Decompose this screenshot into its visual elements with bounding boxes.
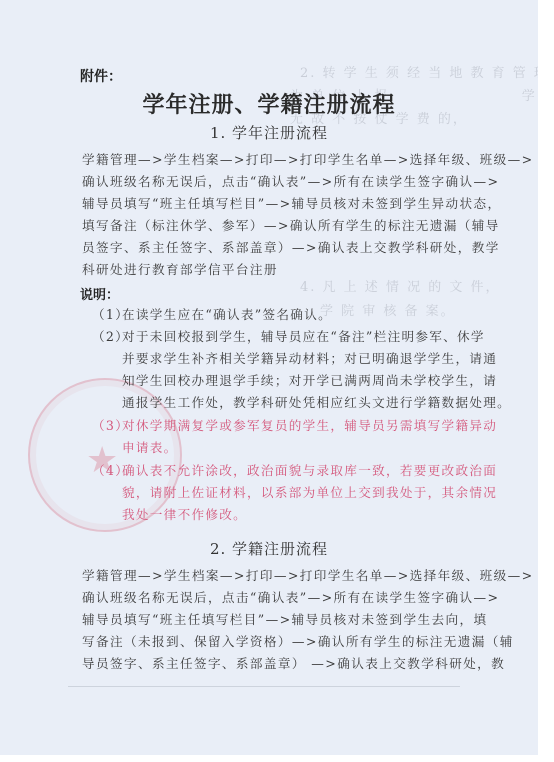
note-item-1: （1） 在读学生应在“确认表”签名确认。 <box>92 304 522 326</box>
bleed-through-text: 2. 转 学 生 须 经 当 地 教 育 管 理 部 门 <box>300 62 538 81</box>
note-item-2: （2） 对于未回校报到学生，辅导员应在“备注”栏注明参军、休学 并要求学生补齐相… <box>92 326 522 414</box>
section1-body: 学籍管理—>学生档案—>打印—>打印学生名单—>选择年级、班级—> 确认班级名称… <box>82 149 522 281</box>
note-number: （3） <box>92 415 129 437</box>
note-item-4: （4） 确认表不允许涂改，政治面貌与录取库一致，若要更改政治面 貌，请附上佐证材… <box>92 460 522 526</box>
note-item-3: （3） 对休学期满复学或参军复员的学生，辅导员另需填写学籍异动 申请表。 <box>92 415 522 459</box>
document-title: 学年注册、学籍注册流程 <box>0 88 538 119</box>
section1-line: 填写备注（标注休学、参军）—>确认所有学生的标注无遗漏（辅导 <box>82 215 522 237</box>
note-line: 我处一律不作修改。 <box>92 504 522 526</box>
note-line: 并要求学生补齐相关学籍异动材料；对已明确退学学生，请通 <box>92 348 522 370</box>
section2-line: 导员签字、系主任签字、系部盖章） —>确认表上交教学科研处，教 <box>82 653 522 675</box>
document-page: 2. 转 学 生 须 经 当 地 教 育 管 理 部 门 为 单 位 上 报 学… <box>0 0 538 755</box>
notes-label: 说明： <box>80 284 119 303</box>
note-line: 对休学期满复学或参军复员的学生，辅导员另需填写学籍异动 <box>92 415 522 437</box>
section1-line: 辅导员填写“班主任填写栏目”—>辅导员核对未签到学生异动状态， <box>82 193 522 215</box>
section1-line: 确认班级名称无误后，点击“确认表”—>所有在读学生签字确认—> <box>82 171 522 193</box>
section2-body: 学籍管理—>学生档案—>打印—>打印学生名单—>选择年级、班级—> 确认班级名称… <box>82 565 522 675</box>
section2-line: 辅导员填写“班主任填写栏目”—>辅导员核对未签到学生去向，填 <box>82 609 522 631</box>
note-line: 在读学生应在“确认表”签名确认。 <box>92 304 522 326</box>
note-line: 知学生回校办理退学手续；对开学已满两周尚未学校学生，请 <box>92 370 522 392</box>
note-number: （1） <box>92 304 129 326</box>
section1-line: 学籍管理—>学生档案—>打印—>打印学生名单—>选择年级、班级—> <box>82 149 522 171</box>
section1-heading: 1. 学年注册流程 <box>0 122 538 143</box>
section1-line: 员签字、系主任签字、系部盖章）—>确认表上交教学科研处，教学 <box>82 237 522 259</box>
section1-line: 科研处进行教育部学信平台注册 <box>82 259 522 281</box>
section2-line: 写备注（未报到、保留入学资格）—>确认所有学生的标注无遗漏（辅 <box>82 631 522 653</box>
section2-line: 学籍管理—>学生档案—>打印—>打印学生名单—>选择年级、班级—> <box>82 565 522 587</box>
note-line: 貌，请附上佐证材料，以系部为单位上交到我处于，其余情况 <box>92 482 522 504</box>
note-line: 申请表。 <box>92 437 522 459</box>
note-line: 通报学生工作处，教学科研处凭相应红头文进行学籍数据处理。 <box>92 392 522 414</box>
section2-line: 确认班级名称无误后，点击“确认表”—>所有在读学生签字确认—> <box>82 587 522 609</box>
note-line: 确认表不允许涂改，政治面貌与录取库一致，若要更改政治面 <box>92 460 522 482</box>
scan-line-divider <box>68 686 460 687</box>
note-number: （4） <box>92 460 129 482</box>
section2-heading: 2. 学籍注册流程 <box>0 538 538 559</box>
attachment-label: 附件： <box>80 66 122 86</box>
note-line: 对于未回校报到学生，辅导员应在“备注”栏注明参军、休学 <box>92 326 522 348</box>
note-number: （2） <box>92 326 129 348</box>
